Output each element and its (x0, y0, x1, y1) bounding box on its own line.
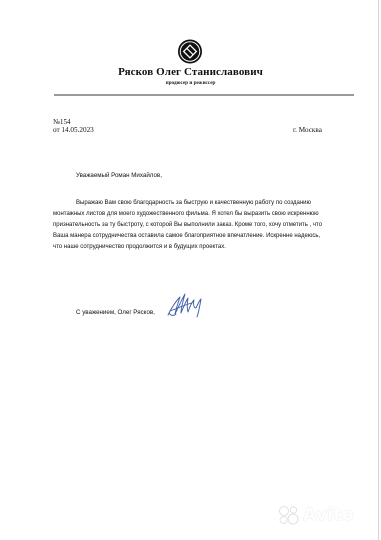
header-divider (54, 94, 354, 96)
body-line: Ваша манера сотрудничества оставила само… (53, 231, 353, 242)
letter-greeting: Уважаемый Роман Михайлов, (76, 172, 162, 179)
letter-closing: С уважением, Олег Рясков, (76, 309, 155, 316)
sender-role: продюсер и режиссер (0, 80, 381, 86)
avito-watermark: Avito (278, 503, 354, 527)
document-city: г. Москва (293, 126, 322, 134)
avito-dots-logo-icon (278, 505, 300, 525)
avito-watermark-text: Avito (303, 505, 354, 525)
signature-icon (166, 289, 206, 319)
letter-body: Выражаю Вам свою благодарность за быстру… (53, 198, 353, 253)
body-line: Выражаю Вам свою благодарность за быстру… (53, 198, 353, 209)
letter-page: Рясков Олег Станиславович продюсер и реж… (0, 0, 379, 540)
sender-name: Рясков Олег Станиславович (0, 66, 381, 78)
body-line: монтажных листов для моего художественно… (53, 209, 353, 220)
film-frame-logo-icon (178, 39, 203, 64)
document-date: от 14.05.2023 (53, 126, 94, 134)
document-number: №154 (53, 118, 71, 126)
body-line: признательность за ту быстроту, с которо… (53, 220, 353, 231)
body-line: что наше сотрудничество продолжится и в … (53, 242, 353, 253)
